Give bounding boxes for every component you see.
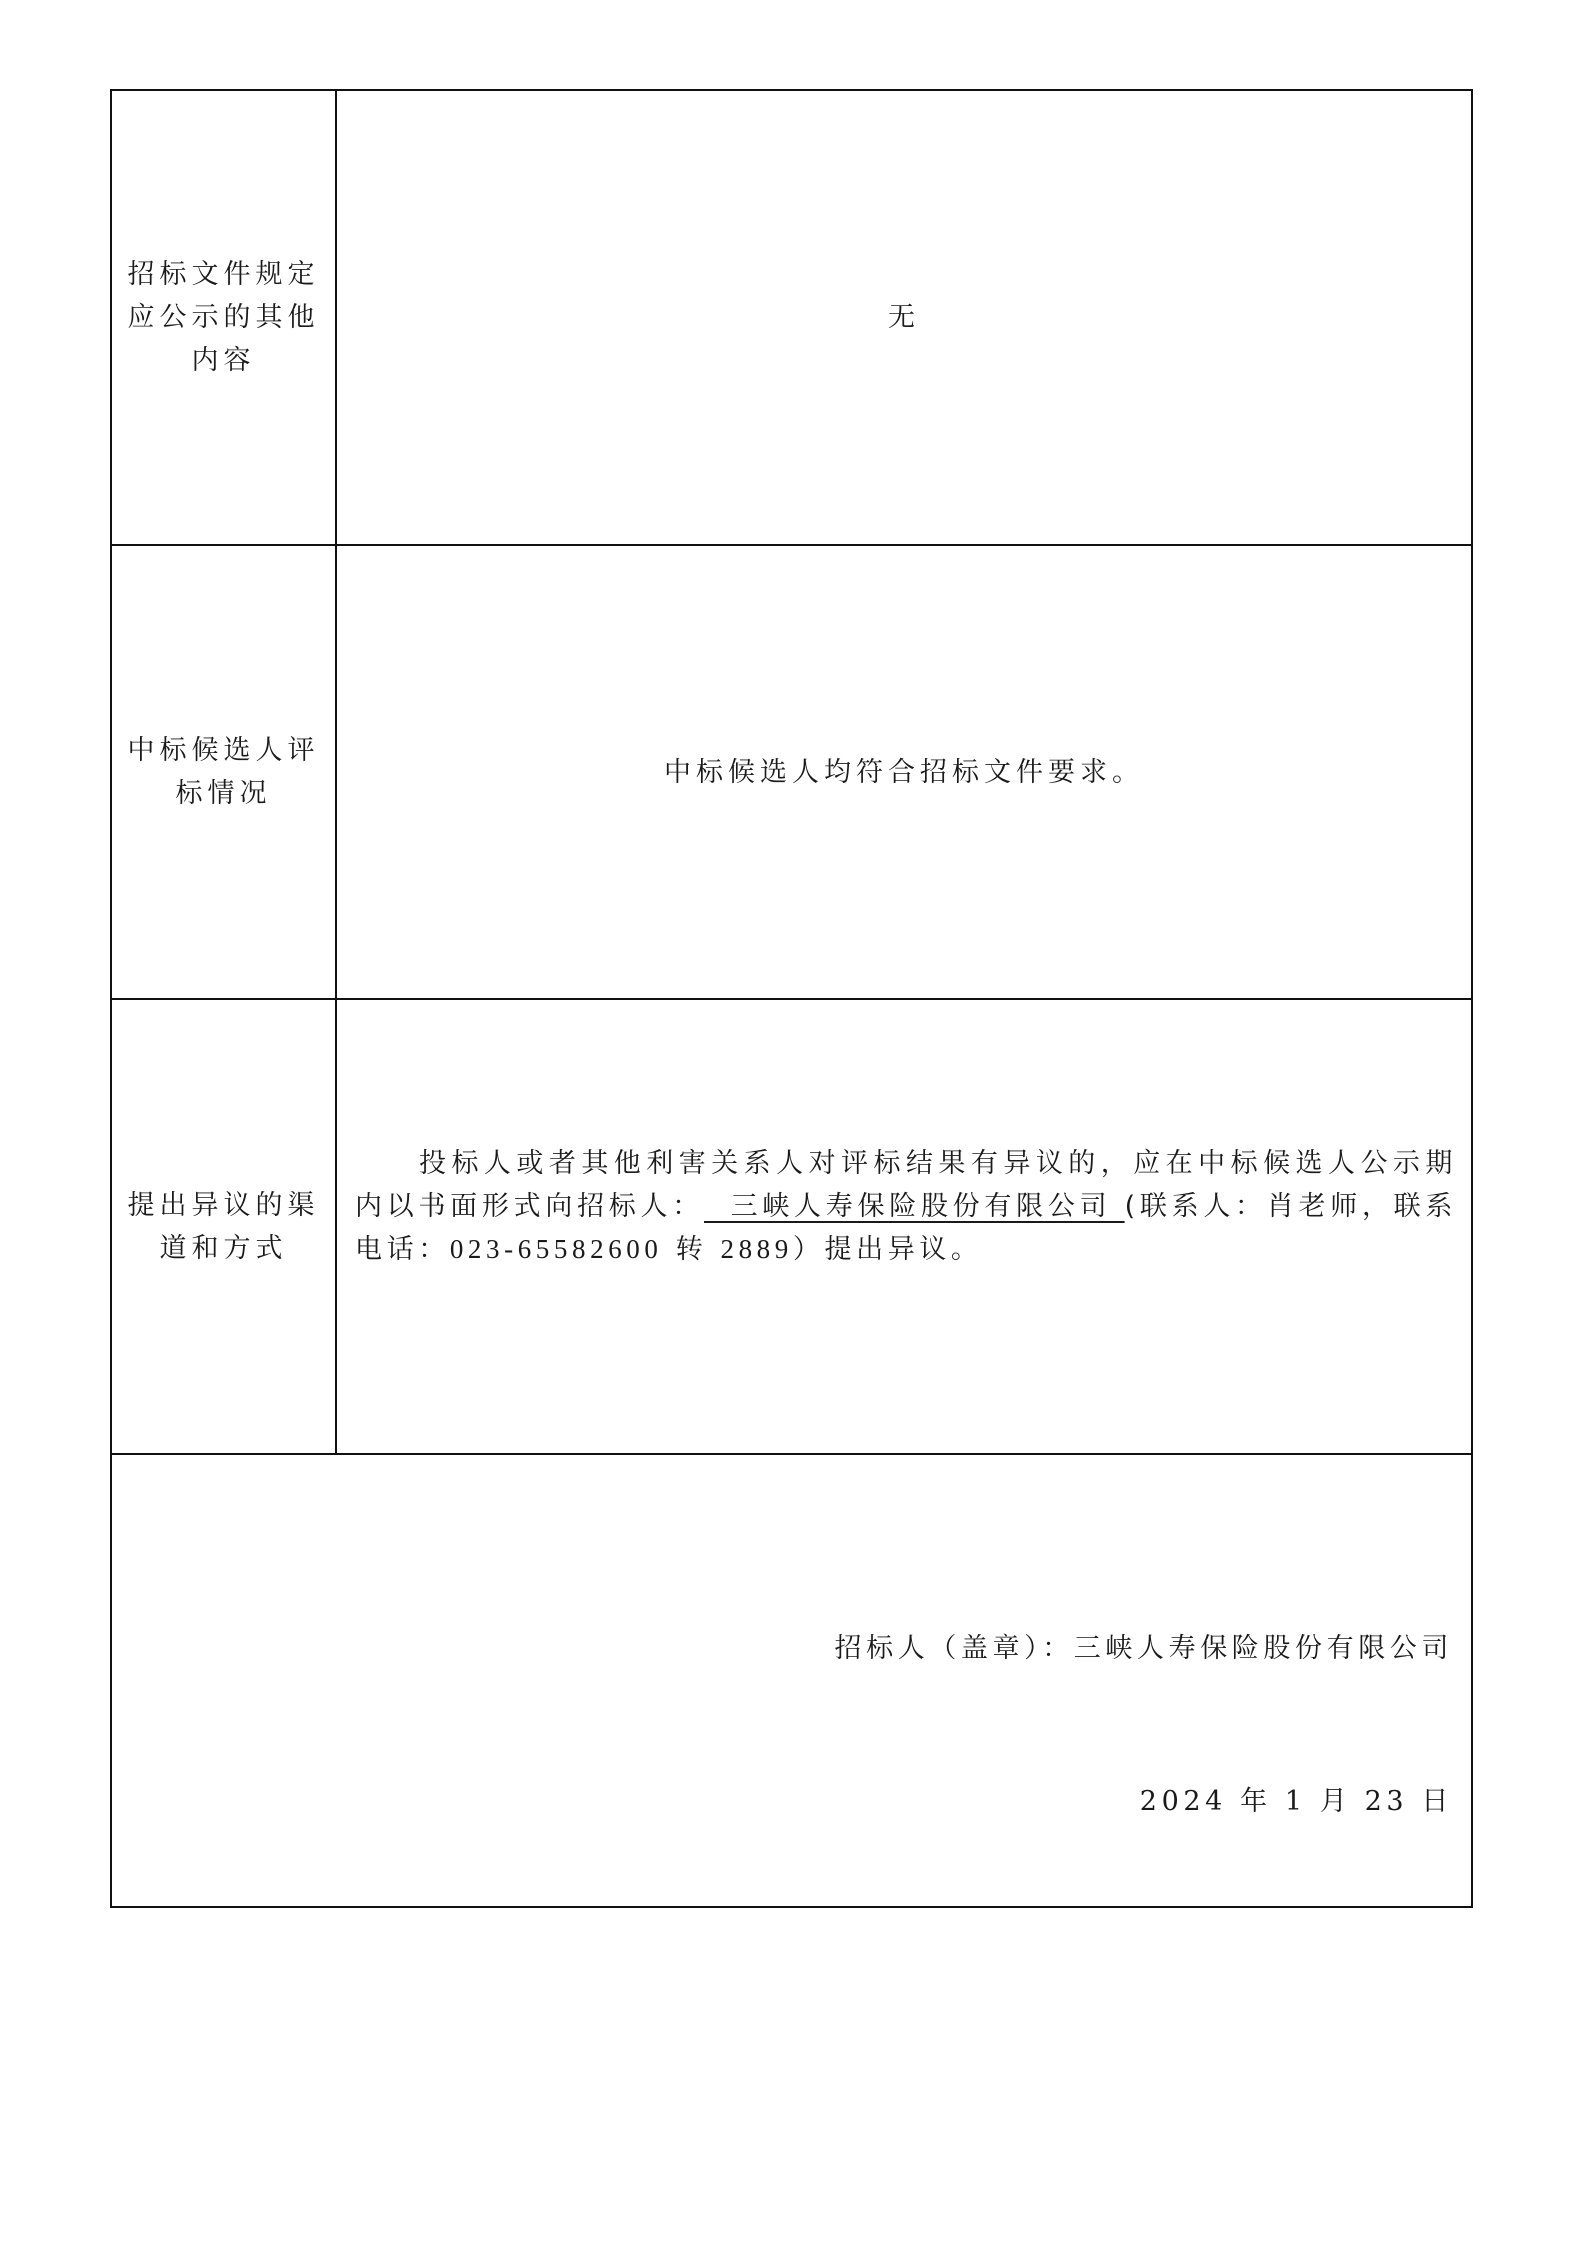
date-year: 2024 [1140,1786,1227,1817]
row-content: 无 [888,296,920,339]
date-day-unit: 日 [1408,1786,1453,1817]
date-month-unit: 月 [1307,1786,1365,1817]
row-label: 招标文件规定应公示的其他内容 [124,253,324,382]
announcement-date: 2024 年 1 月 23 日 [1140,1780,1453,1823]
date-year-unit: 年 [1227,1786,1285,1817]
ext-label: 转 [663,1234,721,1265]
objection-text-after: ）提出异议。 [793,1234,983,1265]
announcement-table: 招标文件规定应公示的其他内容 无 中标候选人评标情况 中标候选人均符合招标文件要… [110,89,1473,1908]
objection-paragraph: 投标人或者其他利害关系人对评标结果有异议的，应在中标候选人公示期内以书面形式向招… [355,1142,1457,1271]
row-label: 提出异议的渠道和方式 [124,1184,324,1270]
table-row-evaluation: 中标候选人评标情况 中标候选人均符合招标文件要求。 [112,546,1471,1000]
row-label-cell: 中标候选人评标情况 [112,546,337,998]
row-label-cell: 提出异议的渠道和方式 [112,1000,337,1453]
table-row-signature: 招标人（盖章）：三峡人寿保险股份有限公司 2024 年 1 月 23 日 [112,1455,1471,1908]
table-row-objection-channel: 提出异议的渠道和方式 投标人或者其他利害关系人对评标结果有异议的，应在中标候选人… [112,1000,1471,1455]
row-label-cell: 招标文件规定应公示的其他内容 [112,91,337,544]
date-day: 23 [1365,1786,1409,1817]
table-row-other-disclosures: 招标文件规定应公示的其他内容 无 [112,91,1471,546]
row-content-cell: 投标人或者其他利害关系人对评标结果有异议的，应在中标候选人公示期内以书面形式向招… [337,1000,1471,1453]
date-month: 1 [1285,1786,1307,1817]
row-label: 中标候选人评标情况 [124,729,324,815]
contact-phone: 023-65582600 [450,1234,663,1264]
tenderer-signature: 招标人（盖章）：三峡人寿保险股份有限公司 [835,1627,1454,1670]
row-content: 中标候选人均符合招标文件要求。 [664,751,1144,794]
company-name-underlined: 三峡人寿保险股份有限公司 [704,1191,1125,1222]
row-content-cell: 无 [337,91,1471,544]
contact-ext: 2889 [720,1234,792,1264]
row-content-cell: 中标候选人均符合招标文件要求。 [337,546,1471,998]
